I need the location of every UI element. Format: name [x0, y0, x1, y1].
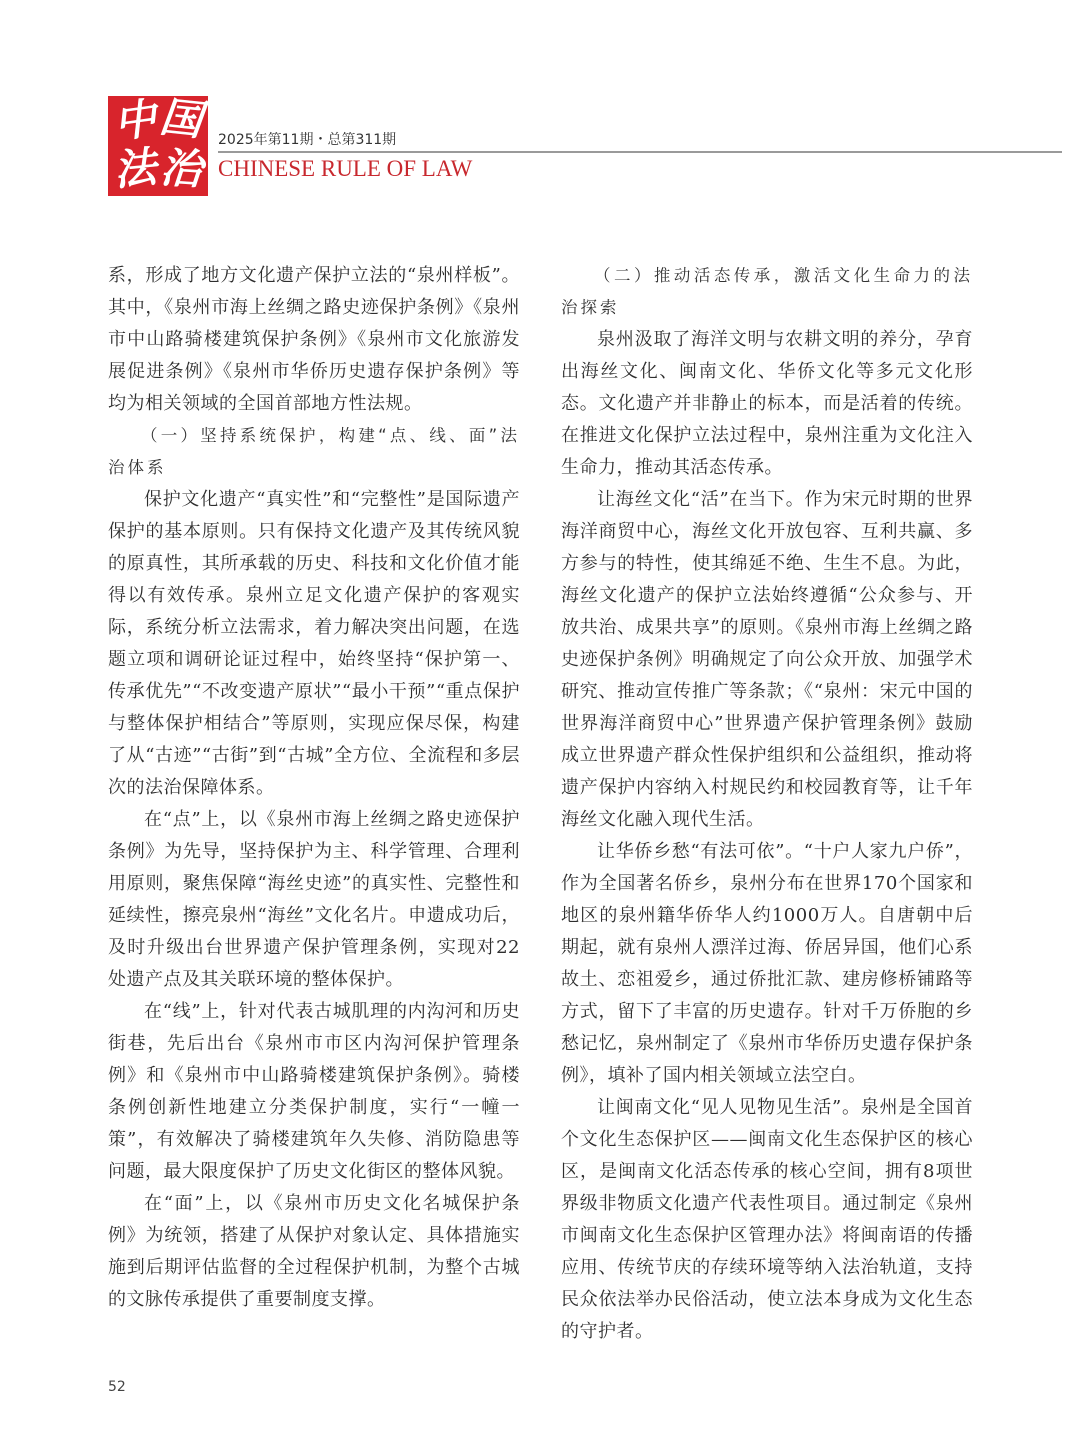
magazine-title: CHINESE RULE OF LAW — [218, 156, 472, 182]
logo-char: 治 — [159, 147, 204, 192]
paragraph: 泉州汲取了海洋文明与农耕文明的养分，孕育出海丝文化、闽南文化、华侨文化等多元文化… — [561, 324, 973, 484]
page-number: 52 — [108, 1379, 126, 1395]
logo-char: 中 — [111, 97, 158, 144]
section-heading: （二）推动活态传承，激活文化生命力的法治探索 — [561, 260, 973, 324]
logo-char: 国 — [158, 96, 204, 142]
paragraph: 保护文化遗产“真实性”和“完整性”是国际遗产保护的基本原则。只有保持文化遗产及其… — [108, 484, 520, 804]
paragraph: 让闽南文化“见人见物见生活”。泉州是全国首个文化生态保护区——闽南文化生态保护区… — [561, 1092, 973, 1348]
paragraph: 系，形成了地方文化遗产保护立法的“泉州样板”。其中，《泉州市海上丝绸之路史迹保护… — [108, 260, 520, 420]
paragraph: 在“线”上，针对代表古城肌理的内沟河和历史街巷，先后出台《泉州市市区内沟河保护管… — [108, 996, 520, 1188]
header-divider — [218, 151, 1062, 153]
left-column: 系，形成了地方文化遗产保护立法的“泉州样板”。其中，《泉州市海上丝绸之路史迹保护… — [108, 260, 520, 1316]
paragraph: 在“点”上，以《泉州市海上丝绸之路史迹保护条例》为先导，坚持保护为主、科学管理、… — [108, 804, 520, 996]
paragraph: 让海丝文化“活”在当下。作为宋元时期的世界海洋商贸中心，海丝文化开放包容、互利共… — [561, 484, 973, 836]
right-column: （二）推动活态传承，激活文化生命力的法治探索 泉州汲取了海洋文明与农耕文明的养分… — [561, 260, 973, 1348]
paragraph: 让华侨乡愁“有法可依”。“十户人家九户侨”，作为全国著名侨乡，泉州分布在世界17… — [561, 836, 973, 1092]
issue-line: 2025年第11期・总第311期 — [218, 129, 396, 149]
logo-char: 法 — [112, 146, 158, 192]
paragraph: 在“面”上，以《泉州市历史文化名城保护条例》为统领，搭建了从保护对象认定、具体措… — [108, 1188, 520, 1316]
magazine-logo: 中 国 法 治 — [108, 96, 208, 196]
section-heading: （一）坚持系统保护，构建“点、线、面”法治体系 — [108, 420, 520, 484]
